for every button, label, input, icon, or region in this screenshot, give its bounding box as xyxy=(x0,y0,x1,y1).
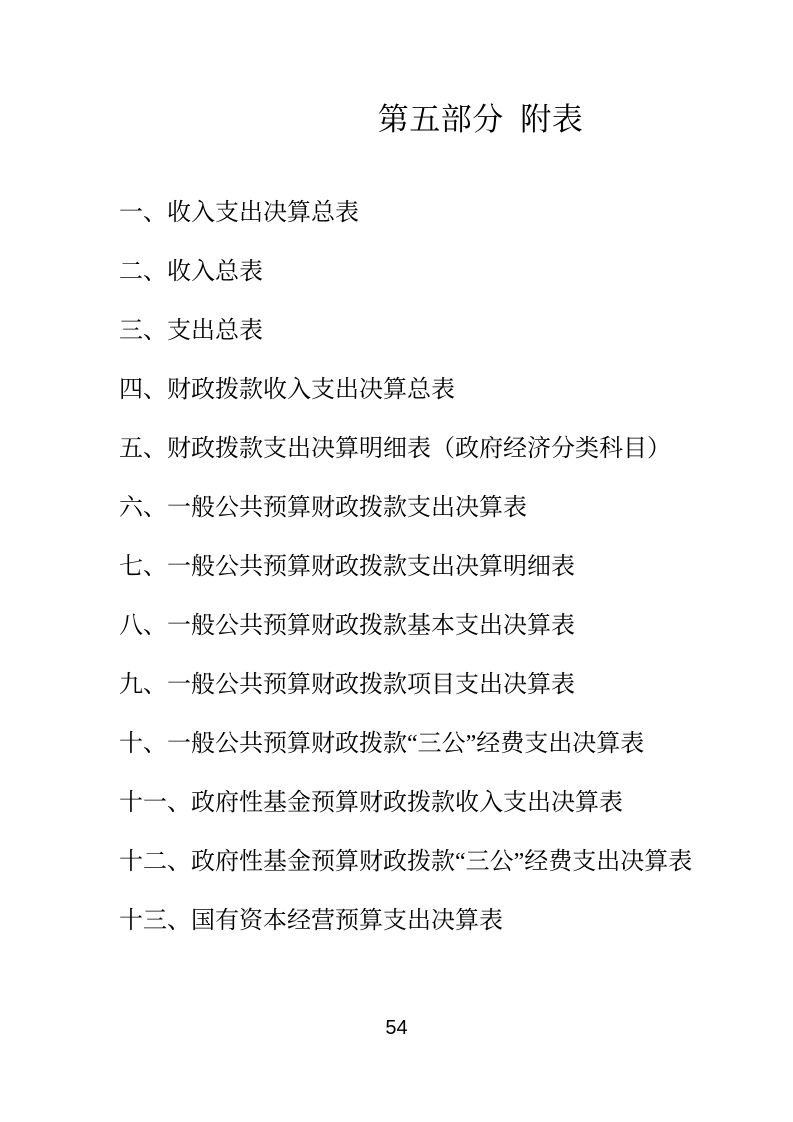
toc-item-4: 四、财政拨款收入支出决算总表 xyxy=(119,361,773,420)
toc-item-7: 七、一般公共预算财政拨款支出决算明细表 xyxy=(119,538,773,597)
toc-item-11: 十一、政府性基金预算财政拨款收入支出决算表 xyxy=(119,774,773,833)
toc-item-9: 九、一般公共预算财政拨款项目支出决算表 xyxy=(119,656,773,715)
toc-item-13: 十三、国有资本经营预算支出决算表 xyxy=(119,892,773,951)
toc-item-10: 十、一般公共预算财政拨款“三公”经费支出决算表 xyxy=(119,715,773,774)
toc-item-12: 十二、政府性基金预算财政拨款“三公”经费支出决算表 xyxy=(119,833,773,892)
attachment-table-list: 一、收入支出决算总表 二、收入总表 三、支出总表 四、财政拨款收入支出决算总表 … xyxy=(119,184,773,951)
toc-item-2: 二、收入总表 xyxy=(119,243,773,302)
toc-item-5: 五、财政拨款支出决算明细表（政府经济分类科目） xyxy=(119,420,773,479)
section-title: 第五部分 附表 xyxy=(168,94,793,139)
toc-item-1: 一、收入支出决算总表 xyxy=(119,184,773,243)
page-number: 54 xyxy=(0,1017,793,1040)
document-page: 第五部分 附表 一、收入支出决算总表 二、收入总表 三、支出总表 四、财政拨款收… xyxy=(0,0,793,1122)
toc-item-8: 八、一般公共预算财政拨款基本支出决算表 xyxy=(119,597,773,656)
toc-item-6: 六、一般公共预算财政拨款支出决算表 xyxy=(119,479,773,538)
toc-item-3: 三、支出总表 xyxy=(119,302,773,361)
